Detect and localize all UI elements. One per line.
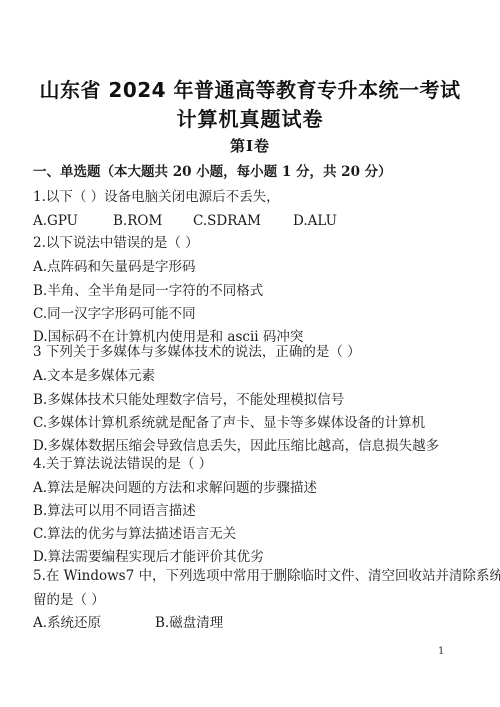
question-4-stem: 4.关于算法说法错误的是（ ） xyxy=(33,455,212,473)
question-2-stem: 2.以下说法中错误的是（ ） xyxy=(33,234,199,252)
option-c: C.SDRAM xyxy=(193,212,293,230)
question-4-option-b: B.算法可以用不同语言描述 xyxy=(33,502,196,520)
question-5-stem-line1: 5.在 Windows7 中，下列选项中常用于删除临时文件、清空回收站并清除系统… xyxy=(33,567,500,585)
question-4-option-a: A.算法是解决问题的方法和求解问题的步骤描述 xyxy=(33,479,317,497)
option-a: A.GPU xyxy=(33,212,113,230)
question-3-option-d: D.多媒体数据压缩会导致信息丢失，因此压缩比越高，信息损失越多 xyxy=(33,437,439,455)
question-4-option-d: D.算法需要编程实现后才能评价其优劣 xyxy=(33,548,264,566)
volume-label: 第Ⅰ卷 xyxy=(0,135,500,156)
option-a: A.系统还原 xyxy=(33,614,155,632)
question-3-option-c: C.多媒体计算机系统就是配备了声卡、显卡等多媒体设备的计算机 xyxy=(33,414,425,432)
question-2-option-b: B.半角、全半角是同一字符的不同格式 xyxy=(33,282,263,300)
page-number: 1 xyxy=(438,646,444,657)
question-1-stem: 1.以下（ ）设备电脑关闭电源后不丢失， xyxy=(33,188,280,206)
question-4-option-c: C.算法的优劣与算法描述语言无关 xyxy=(33,525,236,543)
question-1-options: A.GPU B.ROM C.SDRAM D.ALU xyxy=(33,212,337,230)
section-heading: 一、单选题（本大题共 20 小题，每小题 1 分，共 20 分） xyxy=(33,163,392,181)
question-5-stem-line2: 留的是（ ） xyxy=(33,591,105,609)
option-d: D.ALU xyxy=(293,212,337,230)
exam-subtitle: 计算机真题试卷 xyxy=(0,103,500,132)
question-3-option-b: B.多媒体技术只能处理数字信号，不能处理模拟信号 xyxy=(33,391,344,409)
question-5-options: A.系统还原 B.磁盘清理 xyxy=(33,614,223,632)
option-b: B.磁盘清理 xyxy=(155,614,223,632)
exam-title: 山东省 2024 年普通高等教育专升本统一考试 xyxy=(0,74,500,103)
question-2-option-c: C.同一汉字字形码可能不同 xyxy=(33,305,196,323)
option-b: B.ROM xyxy=(113,212,193,230)
question-3-option-a: A.文本是多媒体元素 xyxy=(33,367,155,385)
question-3-stem: 3 下列关于多媒体与多媒体技术的说法，正确的是（ ） xyxy=(33,343,361,361)
question-2-option-a: A.点阵码和矢量码是字形码 xyxy=(33,258,196,276)
